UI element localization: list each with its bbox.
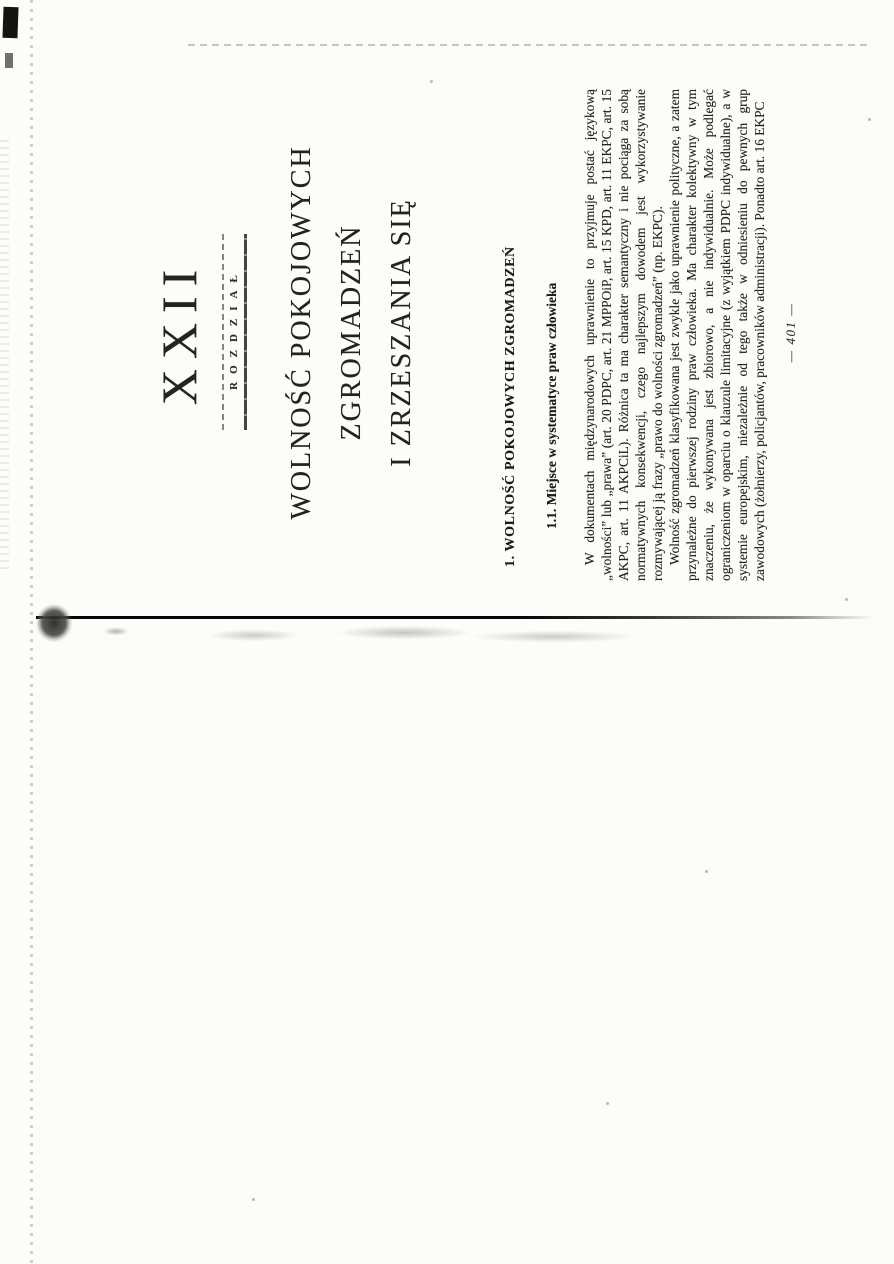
text-column: XXII ROZDZIAŁ WOLNOŚĆ POKOJOWYCH ZGROMAD… <box>0 84 894 581</box>
subsection-heading: 1.1. Miejsce w systematyce praw człowiek… <box>544 84 560 529</box>
chapter-title-line-2: I ZRZESZANIA SIĘ <box>386 198 417 466</box>
paragraph-2: Wolność zgromadzeń klasyfikowana jest zw… <box>666 89 768 581</box>
rule-below-chapter-label <box>244 235 247 431</box>
scanned-book-page: { "document": { "chapter_number": "XXII"… <box>0 0 894 1264</box>
chapter-number: XXII <box>150 84 208 581</box>
section-heading: 1. WOLNOŚĆ POKOJOWYCH ZGROMADZEŃ <box>503 84 519 567</box>
paragraph-1: W dokumentach międzynarodowych uprawnien… <box>581 89 666 581</box>
rule-above-chapter-label <box>222 235 224 431</box>
chapter-title-line-1: WOLNOŚĆ POKOJOWYCH ZGROMADZEŃ <box>286 145 367 519</box>
chapter-label: ROZDZIAŁ <box>224 235 244 431</box>
chapter-label-block: ROZDZIAŁ <box>222 235 247 431</box>
body-text: W dokumentach międzynarodowych uprawnien… <box>581 89 768 581</box>
chapter-title: WOLNOŚĆ POKOJOWYCH ZGROMADZEŃI ZRZESZANI… <box>277 84 427 581</box>
page-number: — 401 — <box>783 84 799 581</box>
rotated-page-content: XXII ROZDZIAŁ WOLNOŚĆ POKOJOWYCH ZGROMAD… <box>0 0 894 1264</box>
